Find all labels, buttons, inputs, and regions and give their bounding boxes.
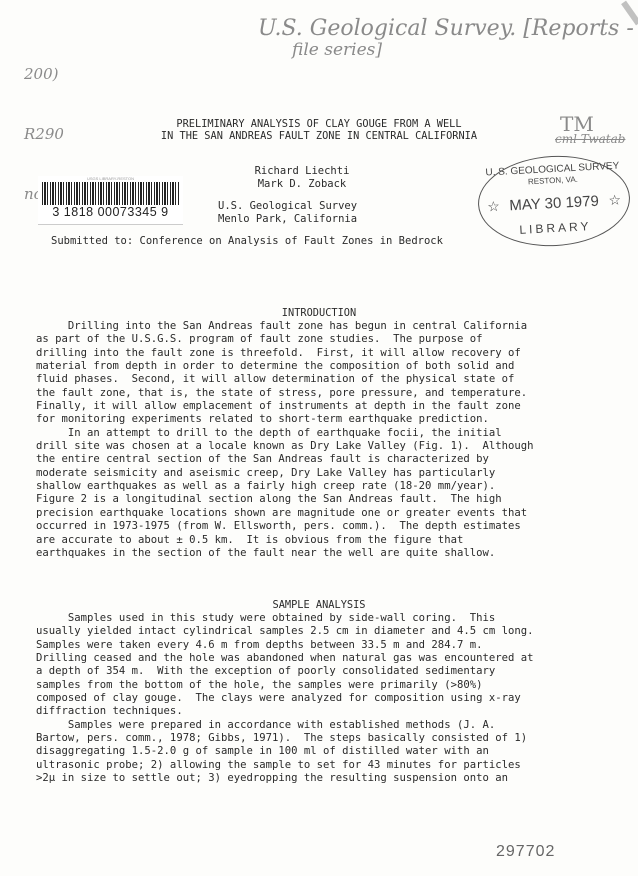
text-line: Finally, it will allow emplacement of in… <box>36 400 631 413</box>
title-line-2: IN THE SAN ANDREAS FAULT ZONE IN CENTRAL… <box>0 130 638 142</box>
call-number-line: 200) <box>24 64 105 84</box>
document-title: PRELIMINARY ANALYSIS OF CLAY GOUGE FROM … <box>0 118 638 142</box>
affiliation: U.S. Geological Survey Menlo Park, Calif… <box>218 200 357 226</box>
text-line: as part of the U.S.G.S. program of fault… <box>36 333 631 346</box>
text-line: moderate seismicity and aseismic creep, … <box>36 467 631 480</box>
text-line: Figure 2 is a longitudinal section along… <box>36 493 631 506</box>
text-line: precision earthquake locations shown are… <box>36 507 631 520</box>
text-line: diffraction techniques. <box>36 705 631 718</box>
text-line: >2µ in size to settle out; 3) eyedroppin… <box>36 772 631 785</box>
stamp-bottom-text: LIBRARY <box>480 217 631 239</box>
text-line: the fault zone, that is, the state of st… <box>36 387 631 400</box>
text-line: ultrasonic probe; 2) allowing the sample… <box>36 759 631 772</box>
handwritten-series-note: U.S. Geological Survey. [Reports - Open <box>258 16 638 42</box>
section-body-sample-analysis: Samples used in this study were obtained… <box>36 612 631 785</box>
section-heading-sample-analysis: SAMPLE ANALYSIS <box>0 599 638 611</box>
text-line: for monitoring experiments related to sh… <box>36 413 631 426</box>
text-line: Samples were prepared in accordance with… <box>36 719 631 732</box>
section-heading-introduction: INTRODUCTION <box>0 307 638 319</box>
text-line: occurred in 1973-1975 (from W. Ellsworth… <box>36 520 631 533</box>
text-line: Samples were taken every 4.6 m from dept… <box>36 639 631 652</box>
affiliation-line: Menlo Park, California <box>218 213 357 226</box>
text-line: composed of clay gouge. The clays were a… <box>36 692 631 705</box>
text-line: fluid phases. Second, it will allow dete… <box>36 373 631 386</box>
section-body-introduction: Drilling into the San Andreas fault zone… <box>36 320 631 560</box>
text-line: In an attempt to drill to the depth of e… <box>36 427 631 440</box>
text-line: Drilling into the San Andreas fault zone… <box>36 320 631 333</box>
text-line: earthquakes in the section of the fault … <box>36 547 631 560</box>
text-line: usually yielded intact cylindrical sampl… <box>36 625 631 638</box>
barcode-bars <box>42 182 179 205</box>
text-line: samples from the bottom of the hole, the… <box>36 679 631 692</box>
library-barcode: USGS LIBRARY-RESTON 3 1818 00073345 9 <box>38 176 183 225</box>
handwritten-series-note-cont: file series] <box>292 40 382 60</box>
title-line-1: PRELIMINARY ANALYSIS OF CLAY GOUGE FROM … <box>0 118 638 130</box>
authors: Richard Liechti Mark D. Zoback <box>242 165 362 191</box>
author: Mark D. Zoback <box>242 178 362 191</box>
text-line: Drilling ceased and the hole was abandon… <box>36 652 631 665</box>
text-line: disaggregating 1.5-2.0 g of sample in 10… <box>36 745 631 758</box>
text-line: drilling into the fault zone is threefol… <box>36 347 631 360</box>
text-line: the entire central section of the San An… <box>36 453 631 466</box>
star-icon: ☆ <box>608 192 621 210</box>
submitted-to: Submitted to: Conference on Analysis of … <box>51 235 443 247</box>
barcode-number: 3 1818 00073345 9 <box>38 205 183 219</box>
author: Richard Liechti <box>242 165 362 178</box>
text-line: Samples used in this study were obtained… <box>36 612 631 625</box>
text-line: are accurate to about ± 0.5 km. It is ob… <box>36 534 631 547</box>
text-line: material from depth in order to determin… <box>36 360 631 373</box>
text-line: drill site was chosen at a locale known … <box>36 440 631 453</box>
text-line: a depth of 354 m. With the exception of … <box>36 665 631 678</box>
library-stamp: U. S. GEOLOGICAL SURVEY RESTON, VA. ☆ MA… <box>476 152 633 250</box>
accession-number: 297702 <box>496 843 555 861</box>
text-line: Bartow, pers. comm., 1978; Gibbs, 1971).… <box>36 732 631 745</box>
stamp-date: MAY 30 1979 <box>479 191 630 216</box>
affiliation-line: U.S. Geological Survey <box>218 200 357 213</box>
text-line: shallow earthquakes as well as a fairly … <box>36 480 631 493</box>
